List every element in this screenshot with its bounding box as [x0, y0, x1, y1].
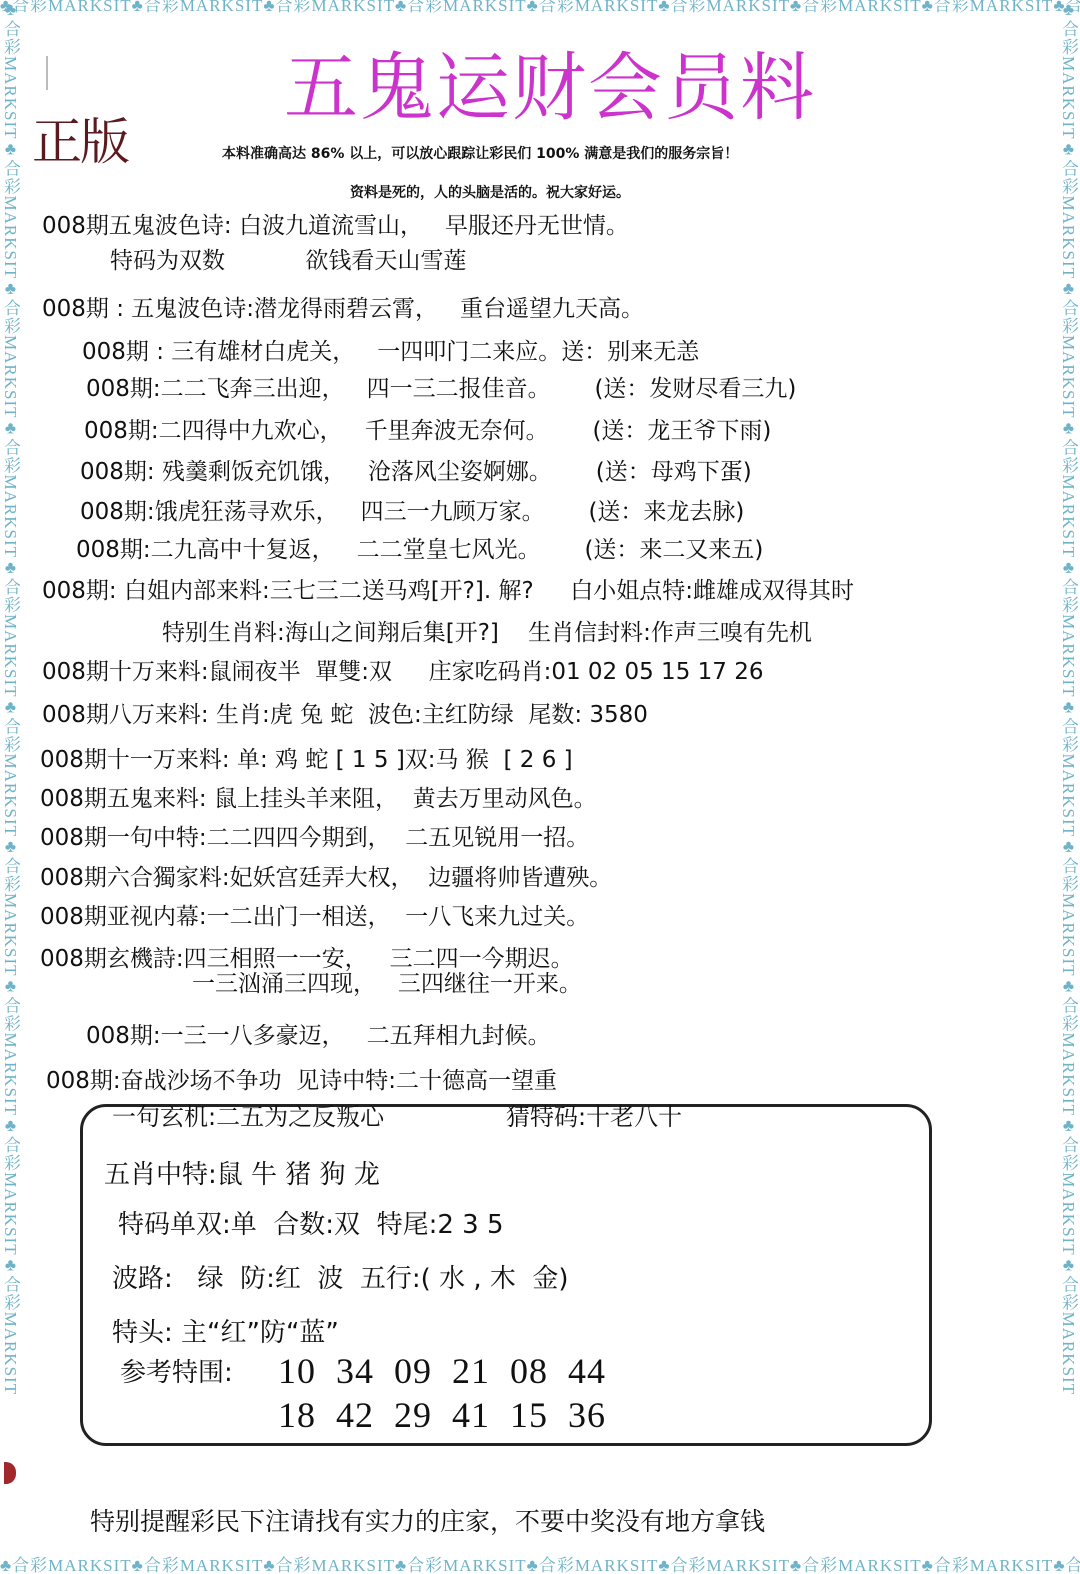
riddle-text: 一句玄机:二五为之反叛心	[112, 1100, 384, 1134]
watermark-border-top: ♣合彩MARKSIT♣合彩MARKSIT♣合彩MARKSIT♣合彩MARKSIT…	[0, 0, 1080, 16]
content-line: 008期亚视内幕:一二出门一相送， 一八飞来九过关。	[40, 902, 589, 932]
content-line: 008期五鬼来料: 鼠上挂头羊来阻， 黄去万里动风色。	[40, 784, 597, 814]
footer-reminder: 特别提醒彩民下注请找有实力的庄家，不要中奖没有地方拿钱	[90, 1502, 765, 1538]
wave-text: 波路: 绿 防:红 波 五行:( 水 , 木 金)	[112, 1262, 569, 1296]
content-line: 008期十一万来料: 单: 鸡 蛇 [ 1 5 ]双:马 猴 [ 2 6 ]	[40, 745, 573, 775]
edition-stamp: 正版	[32, 102, 128, 174]
content-line: 008期:二四得中九欢心， 千里奔波无奈何。 (送：龙王爷下雨)	[84, 416, 771, 446]
content-line: 008期一句中特:二二四四今期到， 二五见锐用一招。	[40, 823, 589, 853]
content-line: 008期: 白姐内部来料:三七三二送马鸡[开?]. 解? 白小姐点特:雌雄成双得…	[42, 576, 854, 606]
content-line: 008期 : 五鬼波色诗:潜龙得雨碧云霄， 重台遥望九天高。	[42, 294, 644, 324]
page-title: 五鬼运财会员料	[284, 44, 816, 134]
content-line: 008期六合獨家料:妃妖宫廷弄大权， 边疆将帅皆遭殃。	[40, 863, 612, 893]
subtitle-goodluck: 资料是死的，人的头脑是活的。祝大家好运。	[350, 182, 630, 202]
content-line: 008期:二九高中十复返， 二二堂皇七风光。 (送：来二又来五)	[76, 535, 763, 565]
five-zodiac-text: 五肖中特:鼠 牛 猪 狗 龙	[104, 1158, 380, 1192]
decorative-rule	[46, 56, 48, 90]
watermark-border-left: ♣合彩MARKSIT♣合彩MARKSIT♣合彩MARKSIT♣合彩MARKSIT…	[0, 0, 20, 1574]
reference-label: 参考特围:	[120, 1356, 233, 1390]
content-line: 008期五鬼波色诗: 白波九道流雪山， 早服还丹无世情。	[42, 211, 629, 241]
guess-code-text: 猜特码:十老八十	[506, 1100, 682, 1134]
watermark-border-right: ♣合彩MARKSIT♣合彩MARKSIT♣合彩MARKSIT♣合彩MARKSIT…	[1058, 0, 1078, 1574]
content-line: 008期 : 三有雄材白虎关， 一四叩门二来应。送：别来无恙	[82, 337, 699, 367]
content-line: 008期十万来料:鼠闹夜半 單雙:双 庄家吃码肖:01 02 05 15 17 …	[42, 657, 763, 687]
content-line: 008期八万来料: 生肖:虎 兔 蛇 波色:主红防绿 尾数: 3580	[42, 700, 648, 730]
odd-even-text: 特码单双:单 合数:双 特尾:2 3 5	[118, 1208, 504, 1242]
head-text: 特头: 主“红”防“蓝”	[112, 1316, 339, 1350]
content-line: 008期:饿虎狂荡寻欢乐， 四三一九顾万家。 (送：来龙去脉)	[80, 497, 744, 527]
content-line: 008期:一三一八多豪迈， 二五拜相九封候。	[86, 1021, 551, 1051]
content-line: 008期:奋战沙场不争功 见诗中特:二十德高一望重	[46, 1066, 557, 1096]
content-line: 008期: 残羹剩饭充饥饿， 沧落风尘姿婀娜。 (送：母鸡下蛋)	[80, 457, 752, 487]
content-line: 特别生肖料:海山之间翔后集[开?] 生肖信封料:作声三嗅有先机	[162, 618, 812, 648]
content-line: 一三汹涌三四现， 三四继往一开来。	[192, 969, 582, 999]
reference-numbers-row-1: 10 34 09 21 08 44	[278, 1354, 606, 1388]
watermark-border-bottom: ♣合彩MARKSIT♣合彩MARKSIT♣合彩MARKSIT♣合彩MARKSIT…	[0, 1556, 1080, 1574]
content-line: 008期:二二飞奔三出迎， 四一三二报佳音。 (送：发财尽看三九)	[86, 374, 796, 404]
subtitle-accuracy: 本料准确高达 86% 以上，可以放心跟踪让彩民们 100% 满意是我们的服务宗旨…	[222, 143, 738, 163]
content-line: 特码为双数 欲钱看天山雪莲	[110, 246, 466, 276]
reference-numbers-row-2: 18 42 29 41 15 36	[278, 1398, 606, 1432]
